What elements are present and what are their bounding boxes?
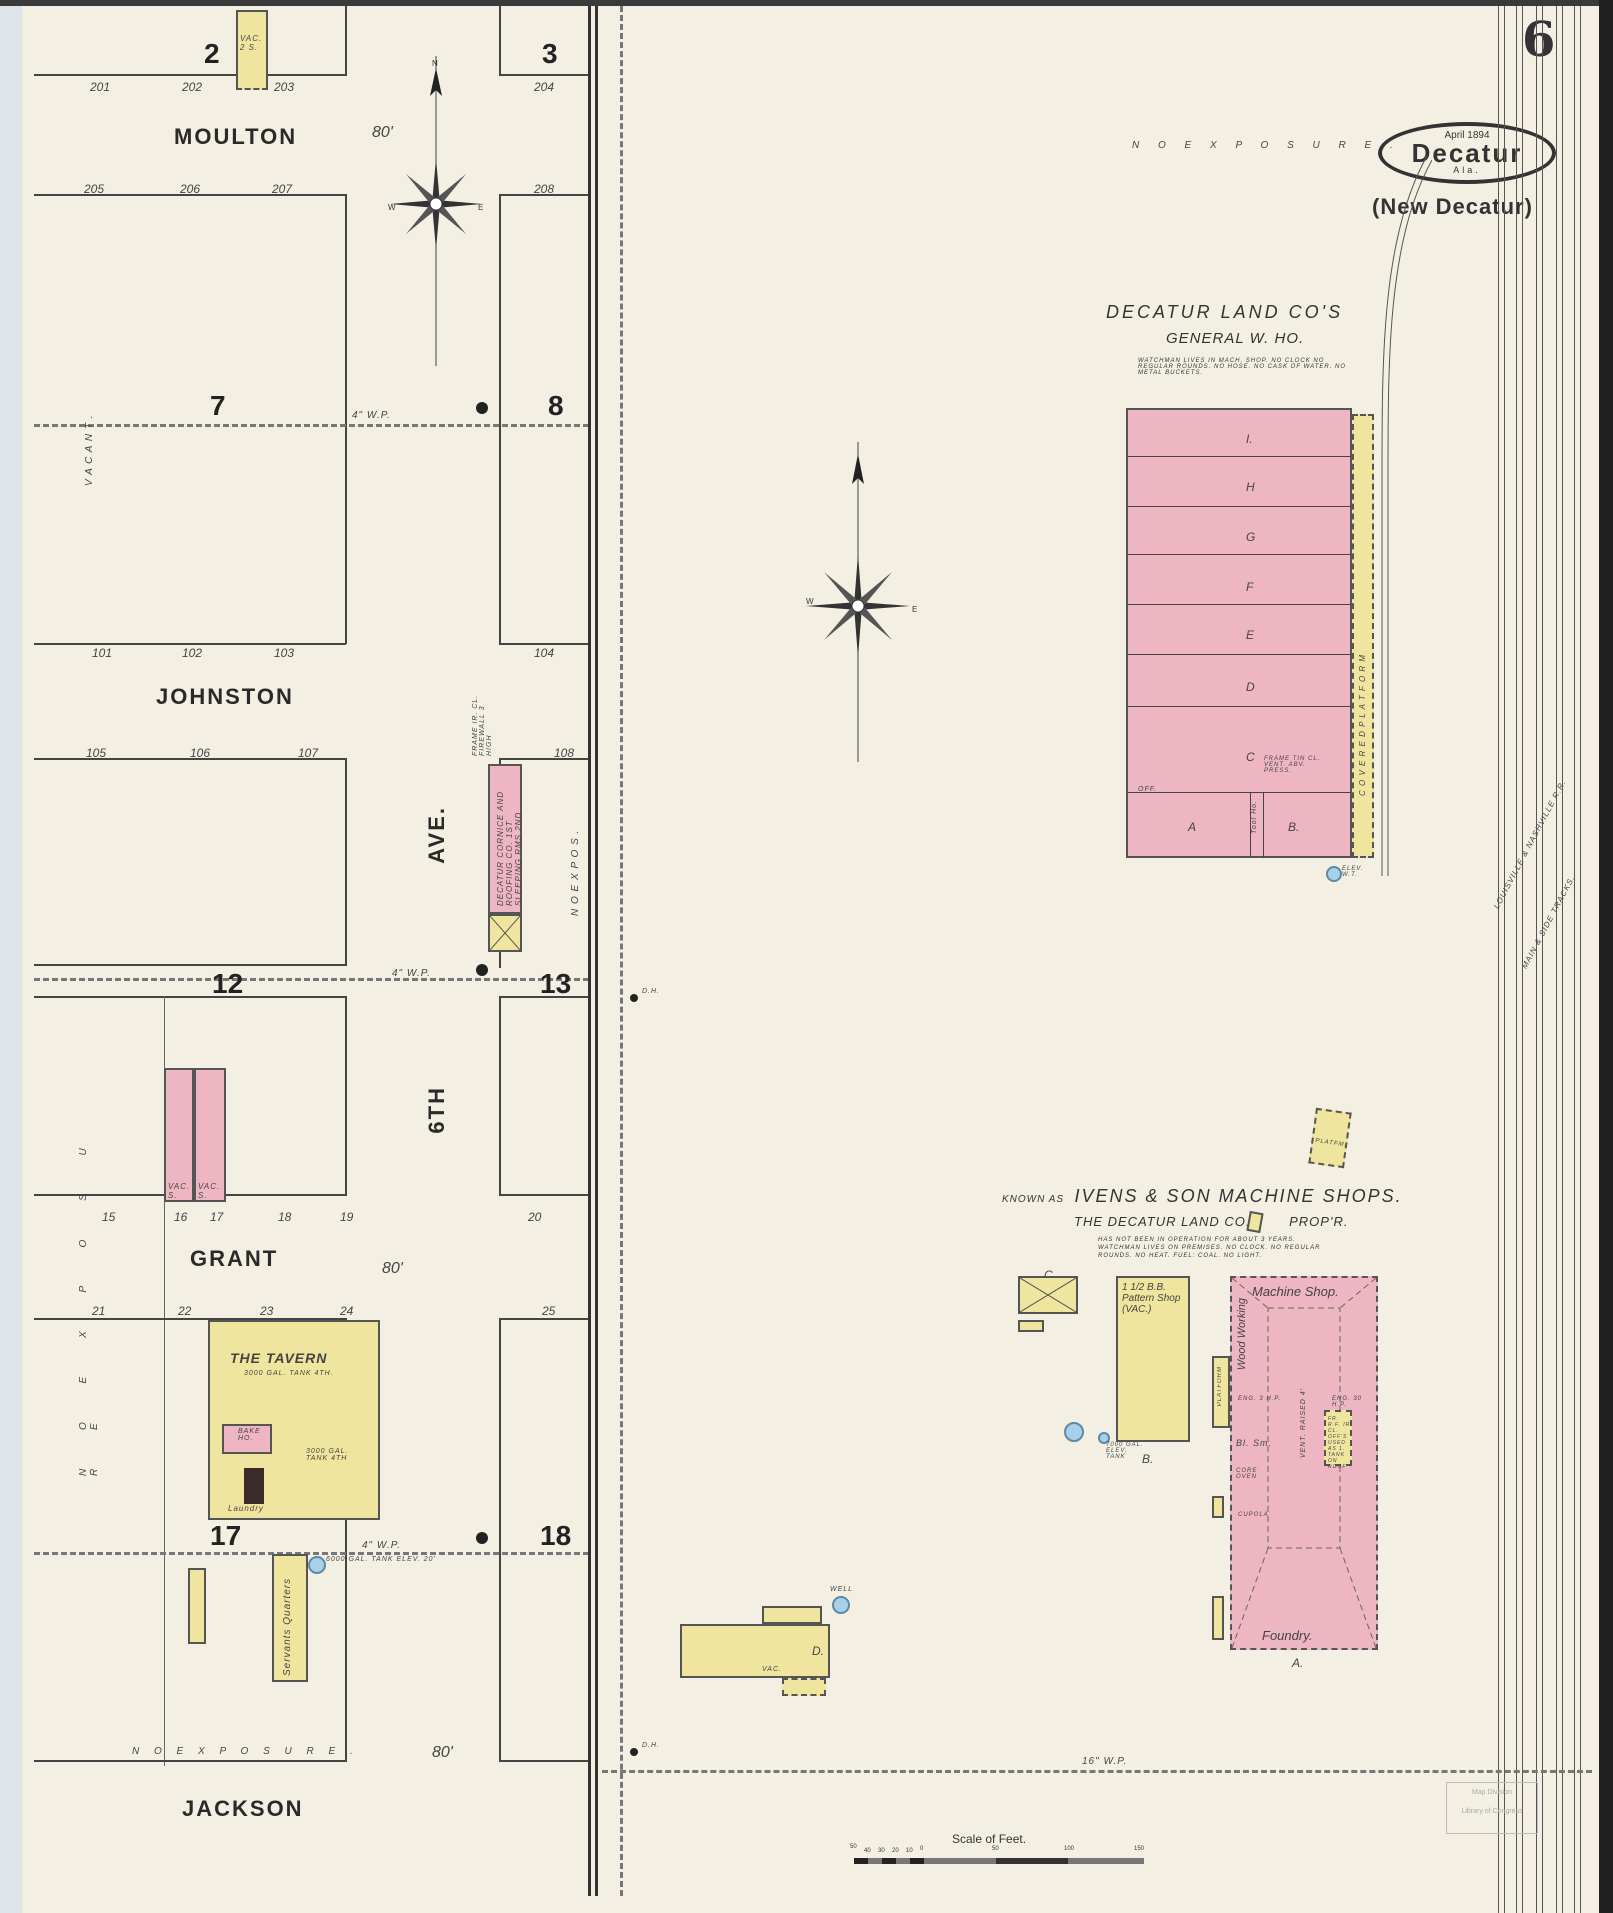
- water-pipe: [34, 1552, 589, 1555]
- water-pipe-label: 4" W.P.: [362, 1540, 401, 1551]
- svg-text:W: W: [388, 203, 396, 212]
- street-divider: [595, 6, 598, 1896]
- rail-track: [1580, 6, 1581, 1913]
- lot-number: 205: [84, 182, 104, 196]
- lot-number: 103: [274, 646, 294, 660]
- street-sixth-ave-name: 6TH: [424, 1086, 450, 1134]
- sheet-number: 6: [1522, 12, 1555, 68]
- lot-number: 18: [278, 1210, 291, 1224]
- block-line: [345, 758, 347, 966]
- street-width: 80': [432, 1744, 453, 1762]
- building-c-annex[interactable]: [1018, 1320, 1044, 1332]
- water-pipe-label: 16" W.P.: [1082, 1756, 1127, 1767]
- scale-bar: [854, 1858, 1144, 1864]
- svg-text:N: N: [432, 59, 438, 68]
- rail-track: [1542, 6, 1543, 1913]
- lot-number: 202: [182, 80, 202, 94]
- street-moulton: MOULTON: [174, 124, 297, 150]
- rail-track: [1556, 6, 1557, 1913]
- rail-track: [1536, 6, 1537, 1913]
- street-divider: [588, 6, 591, 1896]
- street-grant: GRANT: [190, 1246, 278, 1272]
- lot-number: 203: [274, 80, 294, 94]
- fire-hydrant[interactable]: [476, 964, 488, 976]
- no-exposure-label: N O E X P O S U R E .: [132, 1746, 359, 1757]
- well[interactable]: [832, 1596, 850, 1614]
- fire-hydrant[interactable]: [630, 994, 638, 1002]
- lot-number: 19: [340, 1210, 353, 1224]
- block-line: [499, 6, 501, 76]
- building-d-upper[interactable]: [762, 1606, 822, 1624]
- rail-track: [1498, 6, 1499, 1913]
- scan-border: [1599, 0, 1613, 1913]
- svg-text:E: E: [478, 203, 483, 212]
- lot-number: 107: [298, 746, 318, 760]
- building-vacant-store-b[interactable]: VAC. S.: [194, 1068, 226, 1202]
- water-pipe-label: 4" W.P.: [392, 968, 431, 979]
- block-line: [34, 643, 346, 645]
- building-servants-quarters[interactable]: Servants Quarters: [272, 1554, 308, 1682]
- block-line: [499, 1760, 589, 1762]
- block-line: [499, 1318, 501, 1762]
- land-co-subtitle: GENERAL W. HO.: [1166, 330, 1304, 347]
- block-number: 12: [212, 968, 243, 1000]
- building-shed[interactable]: [488, 914, 522, 952]
- building-shed-small[interactable]: [188, 1568, 206, 1644]
- building-bake-house[interactable]: BAKE HO.: [222, 1424, 272, 1454]
- lot-number: 104: [534, 646, 554, 660]
- building-annex-2[interactable]: [1212, 1596, 1224, 1640]
- block-line: [499, 1194, 589, 1196]
- covered-platform[interactable]: C O V E R E D P L A T F O R M: [1352, 414, 1374, 858]
- block-line: [34, 996, 346, 998]
- ivens-owner: THE DECATUR LAND CO. PROP'R.: [1074, 1214, 1348, 1229]
- block-line: [34, 74, 346, 76]
- water-pipe-label: 4" W.P.: [352, 410, 391, 421]
- block-number: 8: [548, 390, 564, 422]
- ivens-note: HAS NOT BEEN IN OPERATION FOR ABOUT 3 YE…: [1098, 1236, 1338, 1260]
- svg-text:W: W: [806, 597, 814, 606]
- platform-wood-working[interactable]: PLATFORM: [1212, 1356, 1230, 1428]
- rail-track: [1516, 6, 1517, 1913]
- block-number: 7: [210, 390, 226, 422]
- building-pattern-shop[interactable]: 1 1/2 B.B. Pattern Shop (VAC.): [1116, 1276, 1190, 1442]
- land-co-note: WATCHMAN LIVES IN MACH. SHOP. NO CLOCK N…: [1138, 358, 1358, 376]
- building-c[interactable]: [1018, 1276, 1078, 1314]
- block-line: [499, 643, 589, 645]
- well[interactable]: [1064, 1422, 1084, 1442]
- rail-track: [1562, 6, 1563, 1913]
- block-line: [345, 6, 347, 76]
- street-width: 80': [382, 1260, 403, 1278]
- block-line: [499, 1318, 589, 1320]
- building-d-lower[interactable]: [782, 1678, 826, 1696]
- lot-number: 101: [92, 646, 112, 660]
- building-vacant-store[interactable]: VAC. 2 S.: [236, 10, 268, 90]
- street-johnston: JOHNSTON: [156, 684, 294, 710]
- street-sixth-ave: AVE.: [424, 806, 450, 864]
- block-line: [499, 996, 501, 1196]
- lot-number: 106: [190, 746, 210, 760]
- rail-track: [1574, 6, 1575, 1913]
- block-number: 17: [210, 1520, 241, 1552]
- ivens-title: KNOWN AS IVENS & SON MACHINE SHOPS.: [1002, 1186, 1403, 1207]
- fire-hydrant[interactable]: [476, 1532, 488, 1544]
- map-sheet: 2 3 VAC. 2 S. 201 202 203 204 MOULTON 80…: [22, 6, 1600, 1913]
- block-number: 2: [204, 38, 220, 70]
- building-land-co-warehouse[interactable]: I. H G F E D C A B. FRAME TIN CL. VENT. …: [1126, 408, 1352, 858]
- rail-track: [1504, 6, 1505, 1913]
- block-number: 13: [540, 968, 571, 1000]
- street-jackson: JACKSON: [182, 1796, 304, 1822]
- no-exposure-label: N O E X P O S .: [570, 806, 581, 916]
- water-pipe-vertical: [620, 6, 623, 1896]
- lot-number: 23: [260, 1304, 273, 1318]
- lot-number: 201: [90, 80, 110, 94]
- railroad-label: MAIN & SIDE TRACKS.: [1520, 874, 1577, 970]
- lot-number: 105: [86, 746, 106, 760]
- svg-text:E: E: [912, 605, 917, 614]
- block-line: [34, 1760, 346, 1762]
- vacant-label: V A C A N T .: [84, 346, 95, 486]
- lot-number: 20: [528, 1210, 541, 1224]
- lot-number: 17: [210, 1210, 223, 1224]
- lot-number: 24: [340, 1304, 353, 1318]
- block-line: [499, 194, 501, 644]
- lot-number: 208: [534, 182, 554, 196]
- lot-number: 204: [534, 80, 554, 94]
- north-arrow-compass-2: W E: [798, 442, 918, 772]
- block-line: [345, 996, 347, 1196]
- lot-number: 16: [174, 1210, 187, 1224]
- water-pipe: [602, 1770, 1592, 1773]
- lot-number: 108: [554, 746, 574, 760]
- block-line: [499, 74, 589, 76]
- water-pipe: [34, 978, 589, 981]
- lot-number: 207: [272, 182, 292, 196]
- laundry-boiler: [244, 1468, 264, 1504]
- building-d[interactable]: D. VAC.: [680, 1624, 830, 1678]
- water-tank[interactable]: [308, 1556, 326, 1574]
- water-pipe: [34, 424, 589, 427]
- building-vacant-store-a[interactable]: VAC. S.: [164, 1068, 194, 1202]
- lot-number: 206: [180, 182, 200, 196]
- block-line: [34, 964, 346, 966]
- lot-number: 102: [182, 646, 202, 660]
- scale-title: Scale of Feet.: [952, 1832, 1026, 1846]
- offices[interactable]: FR. R.F. IR. CL. OFF'S USED AS 1. TANK O…: [1324, 1410, 1352, 1466]
- rail-spur: [1372, 156, 1432, 876]
- lot-number: 25: [542, 1304, 555, 1318]
- land-co-title: DECATUR LAND CO'S: [1106, 302, 1343, 323]
- library-stamp: Map Division Library of Congress: [1446, 1782, 1538, 1834]
- fire-hydrant[interactable]: [476, 402, 488, 414]
- lot-number: 22: [178, 1304, 191, 1318]
- fire-hydrant[interactable]: [630, 1748, 638, 1756]
- building-machine-shop[interactable]: Machine Shop. Wood Working Bl. Sm. CORE …: [1230, 1276, 1378, 1650]
- no-exposure-label: N O E X P O S U R E .: [1132, 140, 1401, 151]
- block-number: 3: [542, 38, 558, 70]
- lot-number: 15: [102, 1210, 115, 1224]
- building-decatur-cornice[interactable]: DECATUR CORNICE AND ROOFING CO. 1ST SLEE…: [488, 764, 522, 914]
- block-line: [499, 758, 589, 760]
- building-the-tavern[interactable]: THE TAVERN 3000 GAL. TANK 4TH. 3000 GAL.…: [208, 1320, 380, 1520]
- block-line: [345, 194, 347, 644]
- building-tiny-shed[interactable]: [1246, 1211, 1263, 1233]
- block-number: 18: [540, 1520, 571, 1552]
- platform-small[interactable]: PLATFM.: [1308, 1108, 1351, 1168]
- north-arrow-compass: N W E: [388, 56, 484, 376]
- building-annex-1[interactable]: [1212, 1496, 1224, 1518]
- no-exposure-label: N O E X P O S U R E: [78, 1096, 100, 1476]
- elevated-water-tank[interactable]: [1326, 866, 1342, 882]
